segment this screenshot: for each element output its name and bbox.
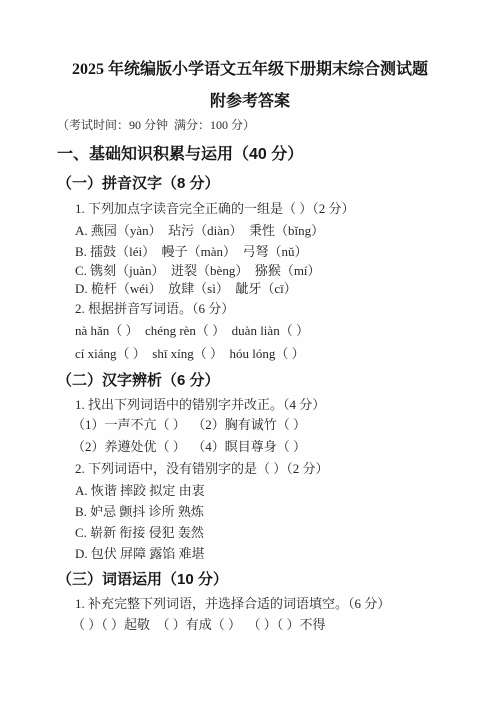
subsection-ciyu-yunyong-heading: （三）词语运用（10 分）: [57, 571, 228, 589]
pinyin-q2-line2: cí xiáng（ ） shī xíng（ ） hóu lóng（ ）: [75, 346, 305, 362]
pinyin-q1-option-b: B. 擂鼓（léi） 幔子（màn） 弓弩（nǔ）: [75, 244, 308, 260]
ciyu-q1-stem: 1. 补充完整下列词语，并选择合适的词语填空。（6 分）: [75, 596, 390, 612]
bianxi-q2-option-a: A. 恢谐 摔跤 拟定 由衷: [75, 483, 205, 499]
ciyu-q1-line: （ ）（ ）起敬 （ ）有成（ ） （ ）（ ）不得: [72, 617, 326, 633]
bianxi-q1-line2: （2）养遵处优（ ） （4）瞑目尊身（ ）: [72, 439, 306, 455]
pinyin-q2-line1: nà hǎn（ ） chéng rèn（ ） duàn liàn（ ）: [75, 323, 309, 339]
pinyin-q1-stem: 1. 下列加点字读音完全正确的一组是（ ）（2 分）: [75, 201, 355, 217]
pinyin-q1-option-c: C. 镌刻（juàn） 迸裂（bèng） 猕猴（mí）: [75, 263, 321, 279]
exam-info: （考试时间：90 分钟 满分：100 分）: [57, 118, 255, 132]
subsection-pinyin-hanzi-heading: （一）拼音汉字（8 分）: [57, 175, 220, 193]
bianxi-q2-option-c: C. 崭新 衔接 侵犯 轰然: [75, 525, 204, 541]
bianxi-q1-stem: 1. 找出下列词语中的错别字并改正。（4 分）: [75, 397, 325, 413]
pinyin-q2-stem: 2. 根据拼音写词语。（6 分）: [75, 301, 234, 317]
pinyin-q1-option-d: D. 桅杆（wéi） 放肆（sì） 龇牙（cī）: [75, 281, 297, 297]
pinyin-q1-option-a: A. 燕园（yàn） 玷污（diàn） 秉性（bǐng）: [75, 223, 324, 239]
bianxi-q2-stem: 2. 下列词语中，没有错别字的是（ ）（2 分）: [75, 461, 329, 477]
exam-paper-page: 2025 年统编版小学语文五年级下册期末综合测试题 附参考答案 （考试时间：90…: [0, 0, 500, 707]
paper-title-line2: 附参考答案: [0, 92, 500, 111]
subsection-hanzi-bianxi-heading: （二）汉字辨析（6 分）: [57, 372, 220, 390]
bianxi-q2-option-d: D. 包伏 屏障 露馅 难堪: [75, 546, 205, 562]
paper-title-line1: 2025 年统编版小学语文五年级下册期末综合测试题: [0, 60, 500, 79]
section-one-heading: 一、基础知识积累与运用（40 分）: [57, 145, 303, 164]
bianxi-q1-line1: （1）一声不亢（ ） （2）胸有诚竹（ ）: [72, 417, 306, 433]
bianxi-q2-option-b: B. 妒忌 颤抖 诊所 熟炼: [75, 504, 204, 520]
